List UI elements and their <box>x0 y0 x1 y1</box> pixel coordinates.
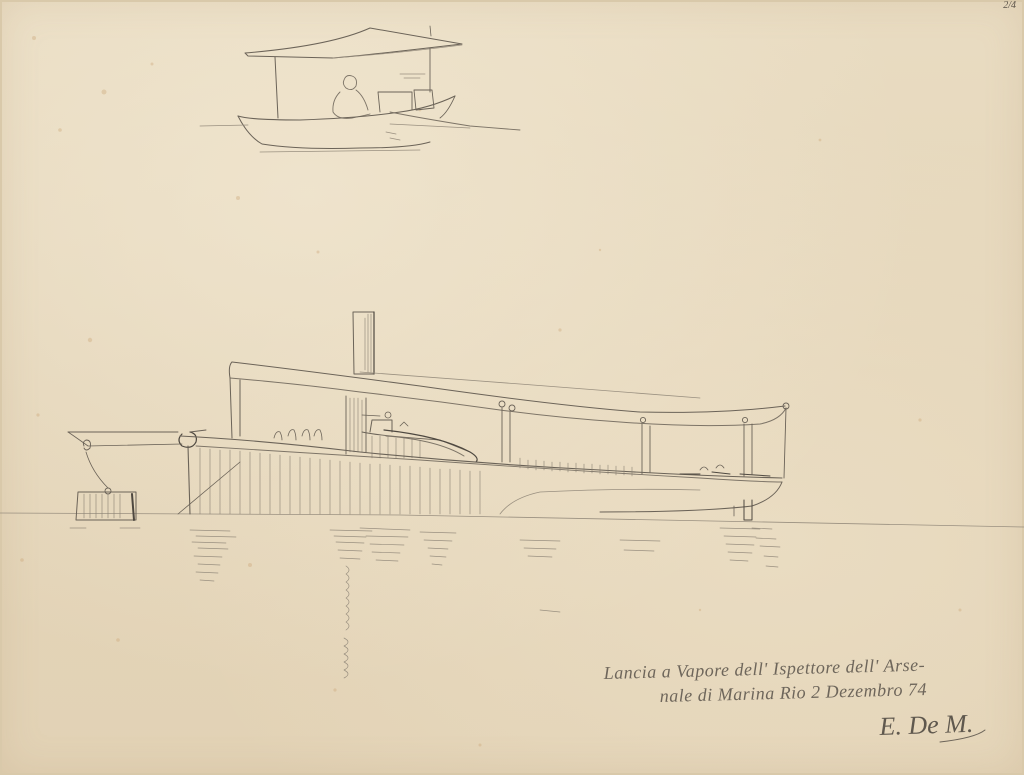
foxing-spots <box>20 36 961 747</box>
steam-launch-sketch <box>178 312 789 520</box>
horizon-line <box>0 513 1024 527</box>
folio-number: 2/4 <box>1003 0 1016 11</box>
drawing-sheet: 2/4 Lancia a Vapore dell' Ispettore dell… <box>0 0 1024 775</box>
water-reflections <box>190 528 780 678</box>
small-rowboat-sketch <box>200 26 520 152</box>
artist-signature: E. De M. <box>879 709 974 742</box>
